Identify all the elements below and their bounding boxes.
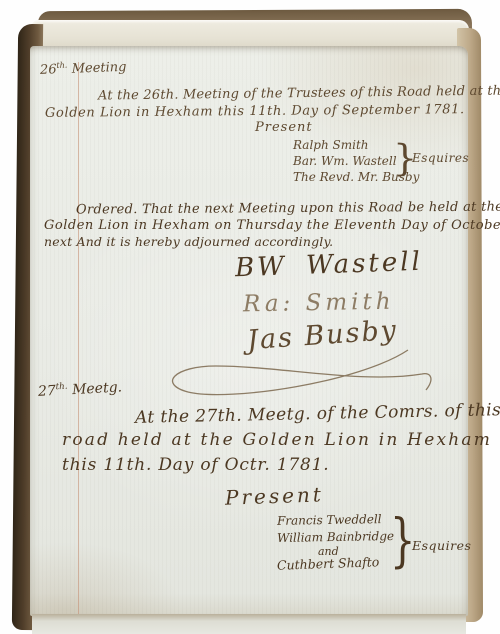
order-line-3: next And it is hereby adjourned accordin…: [44, 236, 333, 249]
meeting-27-opening-line-1: At the 27th. Meetg. of the Comrs. of thi…: [135, 402, 500, 427]
meeting-27-opening-line-3: this 11th. Day of Octr. 1781.: [62, 457, 330, 474]
attendee-name: Bar. Wm. Wastell: [293, 155, 397, 167]
meeting-26-word: Meeting: [71, 60, 126, 77]
meeting-27-ordinal-suffix: th.: [55, 382, 67, 393]
order-line-2: Golden Lion in Hexham on Thursday the El…: [44, 219, 500, 232]
meeting-26-opening-line-1: At the 26th. Meeting of the Trustees of …: [98, 84, 500, 102]
meeting-26-opening-line-2: Golden Lion in Hexham this 11th. Day of …: [45, 103, 465, 120]
signature-flourish: [160, 344, 440, 410]
meeting-27-present-label: Present: [225, 484, 325, 507]
manuscript-photo: 26th. Meeting At the 26th. Meeting of th…: [0, 0, 500, 634]
attendee-name: Ralph Smith: [293, 139, 369, 151]
meeting-26-number: 26: [40, 62, 57, 78]
meeting-27-opening-line-2: road held at the Golden Lion in Hexham: [62, 432, 492, 449]
order-line-1: Ordered. That the next Meeting upon this…: [76, 200, 500, 216]
attendee-name: William Bainbridge: [277, 530, 394, 544]
manuscript-page: 26th. Meeting At the 26th. Meeting of th…: [30, 46, 468, 616]
signature-wastell: BW Wastell: [235, 249, 424, 282]
attendee-name: Cuthbert Shafto: [277, 556, 380, 572]
signature-smith: Ra: Smith: [243, 291, 395, 317]
meeting-27-number: 27: [38, 383, 57, 400]
meeting-26-margin-heading: 26th. Meeting: [40, 59, 127, 76]
lower-page-fold-edge: [32, 614, 466, 634]
attendee-name: Francis Tweddell: [277, 513, 382, 527]
attendees-title: Esquires: [412, 152, 469, 164]
meeting-27-margin-heading: 27th. Meetg.: [38, 380, 123, 399]
attendees-title: Esquires: [412, 540, 471, 553]
meeting-27-word: Meetg.: [72, 379, 123, 398]
meeting-26-ordinal-suffix: th.: [56, 61, 67, 70]
meeting-26-present-label: Present: [255, 121, 313, 134]
margin-rule-line: [78, 62, 79, 618]
